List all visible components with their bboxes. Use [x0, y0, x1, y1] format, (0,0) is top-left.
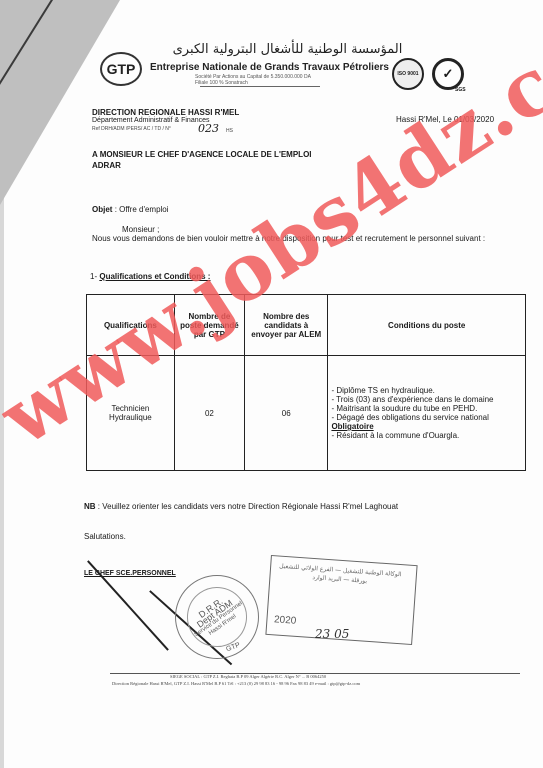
qualifications-table: Qualifications Nombre de poste demandé p… — [86, 294, 526, 471]
condition-item: - Dégagé des obligations du service nati… — [331, 413, 522, 431]
subject-value: : Offre d'emploi — [115, 205, 169, 214]
subject-label: Objet — [92, 205, 112, 214]
reference-label: Ref DRH/ADM /PERS/ AC / TD / N° — [92, 126, 171, 132]
date-line: Hassi R'Mel, Le 01/03/2020 — [396, 115, 494, 124]
body-paragraph: Nous vous demandons de bien vouloir mett… — [92, 234, 497, 243]
section-title: Qualifications et Conditions : — [99, 272, 210, 281]
table-row: Technicien Hydraulique 02 06 - Diplôme T… — [87, 356, 526, 471]
condition-item: - Trois (03) ans d'expérience dans le do… — [331, 395, 522, 404]
condition-emphasis: Obligatoire — [331, 422, 373, 431]
condition-text: - Dégagé des obligations du service nati… — [331, 413, 488, 422]
scanned-letter: المؤسسة الوطنية للأشغال البترولية الكبرى… — [0, 0, 543, 768]
condition-item: - Résidant à la commune d'Ouargla. — [331, 431, 522, 440]
gtp-logo-icon: GTP — [100, 52, 142, 86]
header-postes: Nombre de poste demandé par GTP — [174, 295, 244, 356]
cell-postes: 02 — [174, 356, 244, 471]
cell-conditions: - Diplôme TS en hydraulique. - Trois (03… — [328, 356, 526, 471]
sgs-label: SGS — [455, 87, 466, 93]
sender-direction: DIRECTION REGIONALE HASSI R'MEL — [92, 108, 239, 117]
folded-corner — [0, 0, 120, 205]
header-conditions: Conditions du poste — [328, 295, 526, 356]
company-legal-info: Société Par Actions au Capital de 5.350.… — [195, 74, 311, 86]
section-number: 1- — [90, 272, 97, 281]
subject-line: Objet : Offre d'emploi — [92, 205, 169, 214]
note: NB : Veuillez orienter les candidats ver… — [84, 502, 398, 511]
recipient: A MONSIEUR LE CHEF D'AGENCE LOCALE DE L'… — [92, 149, 312, 171]
header-divider — [200, 86, 320, 87]
condition-item: - Maitrisant la soudure du tube en PEHD. — [331, 404, 522, 413]
recipient-line-2: ADRAR — [92, 160, 312, 171]
arabic-company-name: المؤسسة الوطنية للأشغال البترولية الكبرى — [95, 42, 480, 57]
closing: Salutations. — [84, 532, 126, 541]
company-name: Entreprise Nationale de Grands Travaux P… — [150, 62, 389, 73]
cell-candidats: 06 — [245, 356, 328, 471]
section-heading: 1- Qualifications et Conditions : — [90, 272, 210, 281]
condition-item: - Diplôme TS en hydraulique. — [331, 386, 522, 395]
recipient-line-1: A MONSIEUR LE CHEF D'AGENCE LOCALE DE L'… — [92, 149, 312, 160]
reception-stamp-year: 2020 — [274, 614, 297, 627]
reception-stamp-date: 23 05 — [315, 627, 349, 641]
note-label: NB — [84, 502, 96, 511]
reference-number: 023 — [198, 122, 219, 135]
iso-certification-icon: ISO 9001 — [392, 58, 424, 90]
sgs-certification-icon: ✓ — [432, 58, 464, 90]
cell-qualification: Technicien Hydraulique — [87, 356, 175, 471]
reference-suffix: HS — [226, 128, 233, 134]
table-header-row: Qualifications Nombre de poste demandé p… — [87, 295, 526, 356]
sender-department: Département Administratif & Finances — [92, 117, 210, 124]
salutation-open: Monsieur ; — [122, 225, 159, 234]
note-text: : Veuillez orienter les candidats vers n… — [98, 502, 398, 511]
header-candidats: Nombre des candidats à envoyer par ALEM — [245, 295, 328, 356]
footer-line-2: Direction Régionale Hassi R'Mel, GTP Z.I… — [112, 681, 360, 686]
header-qualifications: Qualifications — [87, 295, 175, 356]
footer-line-1: SIEGE SOCIAL : GTP Z.I. Reghaia B.P 09 A… — [170, 674, 326, 679]
